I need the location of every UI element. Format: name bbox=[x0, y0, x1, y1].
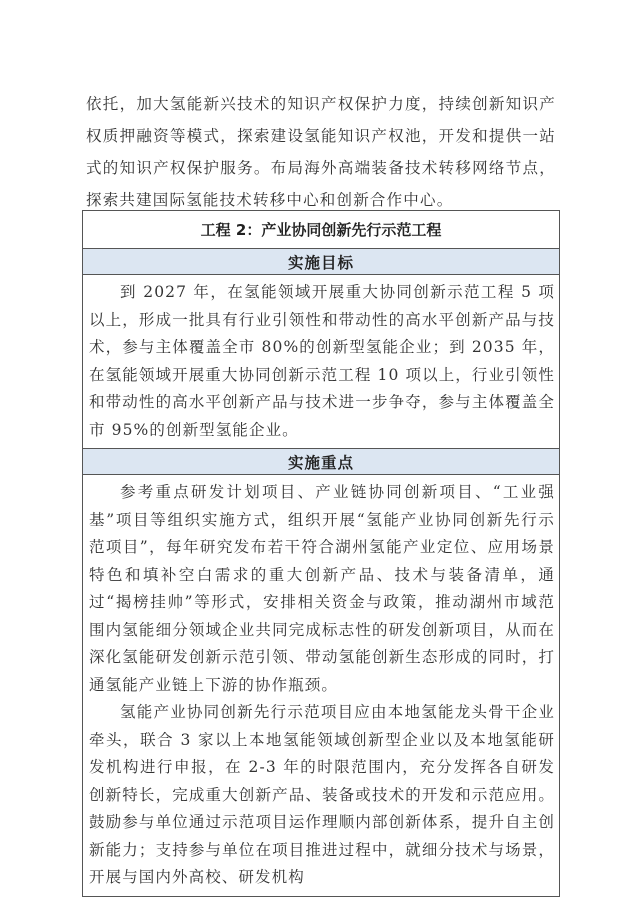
section-heading-focus: 实施重点 bbox=[83, 449, 559, 475]
focus-paragraph-2: 氢能产业协同创新先行示范项目应由本地氢能龙头骨干企业牵头，联合 3 家以上本地氢… bbox=[89, 699, 555, 892]
section-body-goals: 到 2027 年，在氢能领域开展重大协同创新示范工程 5 项以上，形成一批具有行… bbox=[83, 275, 559, 449]
intro-text-block: 依托，加大氢能新兴技术的知识产权保护力度，持续创新知识产权质押融资等模式，探索建… bbox=[86, 88, 556, 216]
table-title: 工程 2：产业协同创新先行示范工程 bbox=[83, 211, 559, 249]
section-heading-goals: 实施目标 bbox=[83, 249, 559, 275]
intro-paragraph: 依托，加大氢能新兴技术的知识产权保护力度，持续创新知识产权质押融资等模式，探索建… bbox=[86, 88, 556, 216]
project-table: 工程 2：产业协同创新先行示范工程 实施目标 到 2027 年，在氢能领域开展重… bbox=[82, 210, 560, 897]
section-body-focus: 参考重点研发计划项目、产业链协同创新项目、“工业强基”项目等组织实施方式，组织开… bbox=[83, 475, 559, 896]
focus-paragraph-1: 参考重点研发计划项目、产业链协同创新项目、“工业强基”项目等组织实施方式，组织开… bbox=[89, 479, 555, 699]
goals-paragraph: 到 2027 年，在氢能领域开展重大协同创新示范工程 5 项以上，形成一批具有行… bbox=[89, 279, 555, 444]
